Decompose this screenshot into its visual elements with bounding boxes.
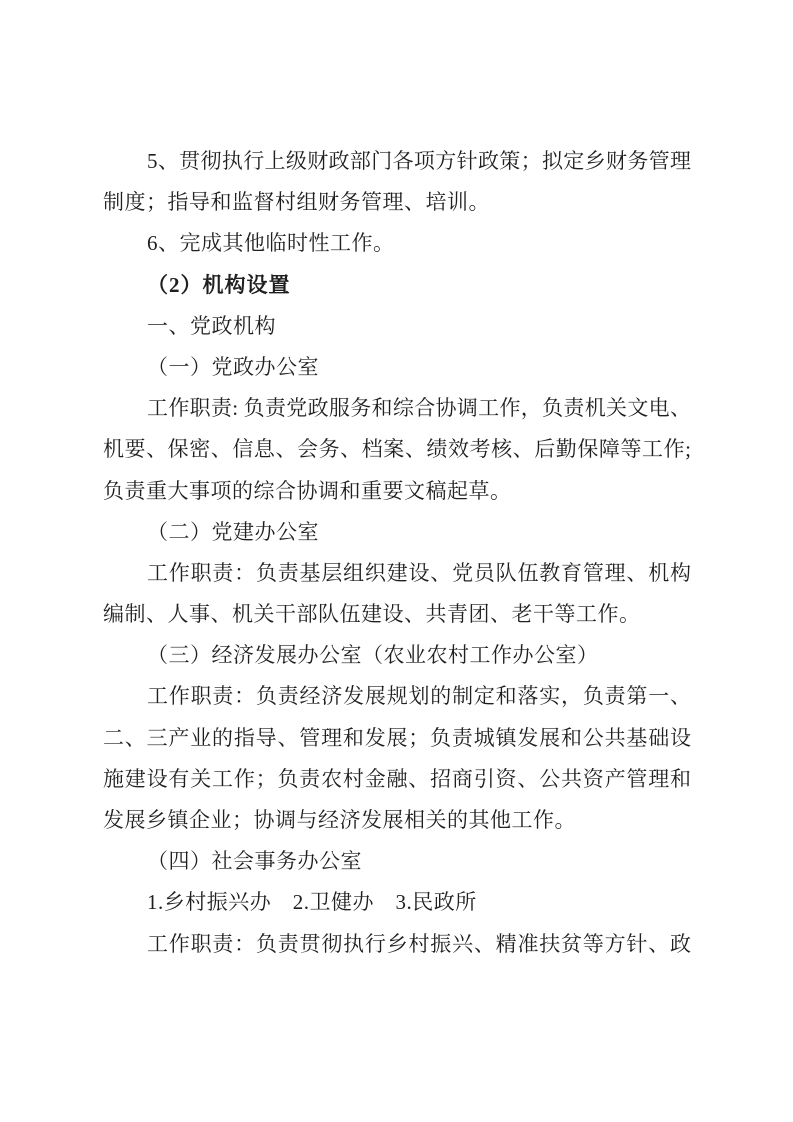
text-line: 5、贯彻执行上级财政部门各项方针政策；拟定乡财务管理 [103,141,691,182]
text-line: （二）党建办公室 [103,512,691,553]
text-line: 1.乡村振兴办 2.卫健办 3.民政所 [103,882,691,923]
text-line: 6、完成其他临时性工作。 [103,223,691,264]
text-line: 工作职责：负责基层组织建设、党员队伍教育管理、机构 [103,553,691,594]
text-line: （三）经济发展办公室（农业农村工作办公室） [103,635,691,676]
text-line: 工作职责：负责贯彻执行乡村振兴、精准扶贫等方针、政 [103,924,691,965]
document-body: 5、贯彻执行上级财政部门各项方针政策；拟定乡财务管理制度；指导和监督村组财务管理… [103,141,691,965]
text-line: 工作职责: 负责党政服务和综合协调工作，负责机关文电、 [103,388,691,429]
text-line: 施建设有关工作；负责农村金融、招商引资、公共资产管理和 [103,759,691,800]
text-line: 负责重大事项的综合协调和重要文稿起草。 [103,471,691,512]
text-line: 二、三产业的指导、管理和发展；负责城镇发展和公共基础设 [103,718,691,759]
document-page: 5、贯彻执行上级财政部门各项方针政策；拟定乡财务管理制度；指导和监督村组财务管理… [0,0,793,1122]
text-line: 工作职责：负责经济发展规划的制定和落实，负责第一、 [103,676,691,717]
text-line: 制度；指导和监督村组财务管理、培训。 [103,182,691,223]
text-line: （一）党政办公室 [103,347,691,388]
text-line: 一、党政机构 [103,306,691,347]
text-line: （四）社会事务办公室 [103,841,691,882]
text-line: 发展乡镇企业；协调与经济发展相关的其他工作。 [103,800,691,841]
section-heading: （2）机构设置 [103,265,691,306]
text-line: 编制、人事、机关干部队伍建设、共青团、老干等工作。 [103,594,691,635]
text-line: 机要、保密、信息、会务、档案、绩效考核、后勤保障等工作; [103,429,691,470]
